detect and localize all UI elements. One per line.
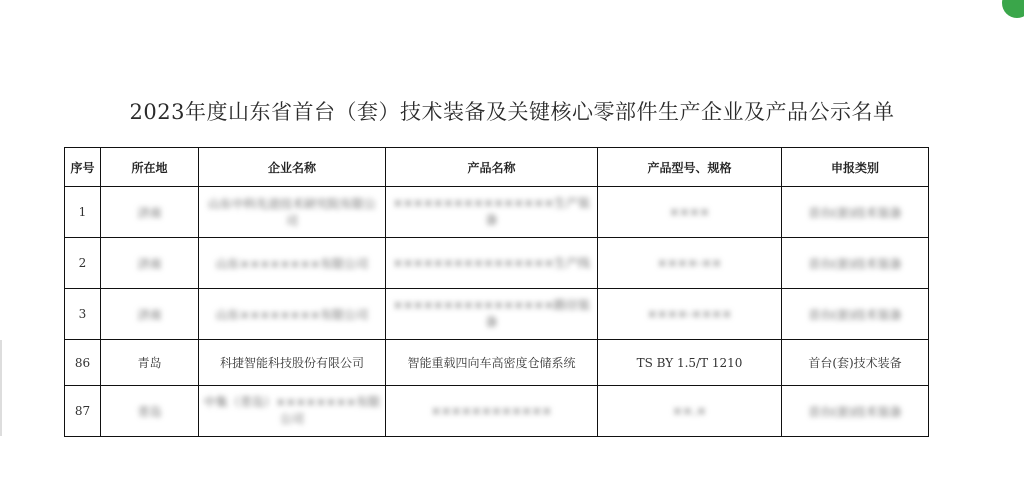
app-badge-icon — [1002, 0, 1024, 18]
cell-location: 青岛 — [101, 340, 199, 386]
cell-no: 1 — [65, 187, 101, 238]
cell-location: 济南 — [101, 238, 199, 289]
cell-model: TS BY 1.5/T 1210 — [598, 340, 782, 386]
cell-product: ××××××××××××××××路径装备 — [386, 289, 598, 340]
header-company: 企业名称 — [199, 148, 386, 187]
cell-model: ××.× — [598, 386, 782, 437]
cell-category: 首台(套)技术装备 — [782, 386, 929, 437]
cell-location: 济南 — [101, 187, 199, 238]
header-product: 产品名称 — [386, 148, 598, 187]
header-model: 产品型号、规格 — [598, 148, 782, 187]
table-row: 3 济南 山东××××××××有限公司 ××××××××××××××××路径装备… — [65, 289, 929, 340]
announcement-table: 序号 所在地 企业名称 产品名称 产品型号、规格 申报类别 1 济南 山东中科先… — [64, 147, 929, 437]
table-row: 1 济南 山东中科先进技术研究院有限公司 ××××××××××××××××生产装… — [65, 187, 929, 238]
page-edge-divider — [0, 340, 2, 436]
header-category: 申报类别 — [782, 148, 929, 187]
cell-no: 2 — [65, 238, 101, 289]
cell-model: ×××× — [598, 187, 782, 238]
cell-category: 首台(套)技术装备 — [782, 238, 929, 289]
document-title: 2023年度山东省首台（套）技术装备及关键核心零部件生产企业及产品公示名单 — [0, 96, 1024, 126]
cell-category: 首台(套)技术装备 — [782, 187, 929, 238]
cell-product: ××××××××××××××××生产装备 — [386, 187, 598, 238]
cell-no: 87 — [65, 386, 101, 437]
cell-model: ××××-×× — [598, 238, 782, 289]
cell-company: 山东××××××××有限公司 — [199, 238, 386, 289]
header-location: 所在地 — [101, 148, 199, 187]
table-row-highlighted: 86 青岛 科捷智能科技股份有限公司 智能重载四向车高密度仓储系统 TS BY … — [65, 340, 929, 386]
table-row: 2 济南 山东××××××××有限公司 ××××××××××××××××生产线 … — [65, 238, 929, 289]
cell-no: 3 — [65, 289, 101, 340]
cell-location: 济南 — [101, 289, 199, 340]
cell-no: 86 — [65, 340, 101, 386]
table-row: 87 青岛 中集（青岛）××××××××有限公司 ×××××××××××× ××… — [65, 386, 929, 437]
cell-company: 中集（青岛）××××××××有限公司 — [199, 386, 386, 437]
cell-company: 山东中科先进技术研究院有限公司 — [199, 187, 386, 238]
header-no: 序号 — [65, 148, 101, 187]
cell-product: 智能重载四向车高密度仓储系统 — [386, 340, 598, 386]
cell-location: 青岛 — [101, 386, 199, 437]
cell-category: 首台(套)技术装备 — [782, 340, 929, 386]
cell-model: ××××-×××× — [598, 289, 782, 340]
cell-category: 首台(套)技术装备 — [782, 289, 929, 340]
table-header-row: 序号 所在地 企业名称 产品名称 产品型号、规格 申报类别 — [65, 148, 929, 187]
cell-product: ×××××××××××× — [386, 386, 598, 437]
cell-company: 科捷智能科技股份有限公司 — [199, 340, 386, 386]
cell-product: ××××××××××××××××生产线 — [386, 238, 598, 289]
cell-company: 山东××××××××有限公司 — [199, 289, 386, 340]
